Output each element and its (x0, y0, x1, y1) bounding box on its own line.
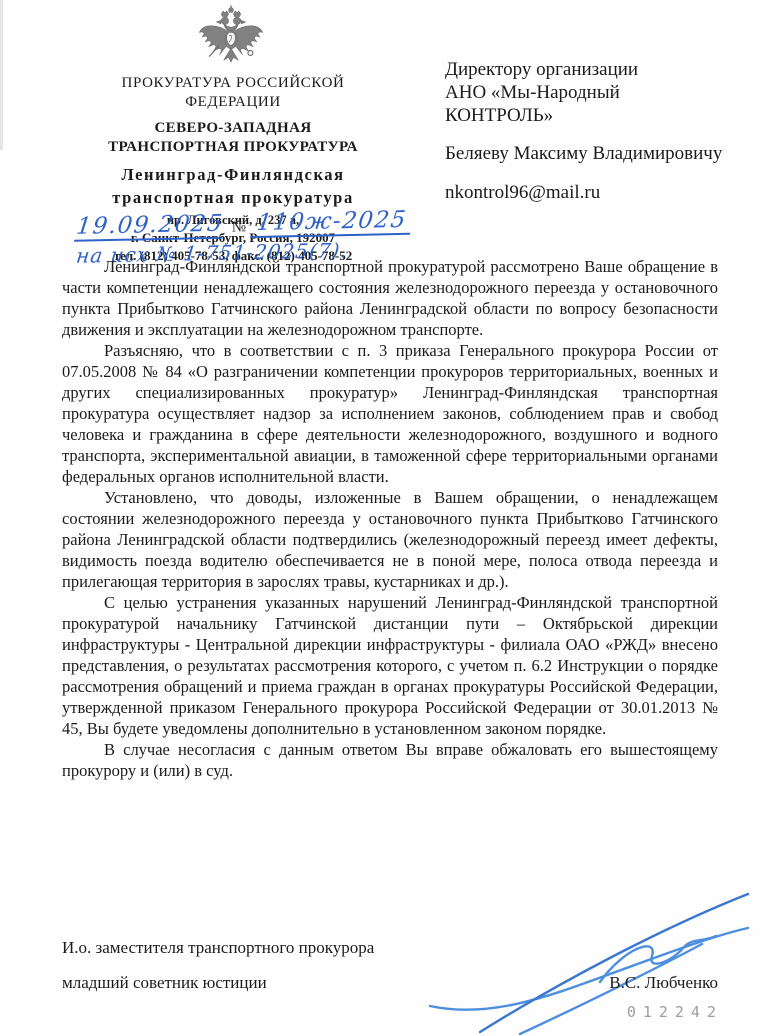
outgoing-date-handwritten: 19.09.2025 (74, 211, 225, 242)
recipient-email: nkontrol96@mail.ru (445, 181, 745, 204)
document-counter-stamp: 012242 (627, 1003, 723, 1021)
recipient-person-name: Беляеву Максиму Владимировичу (445, 142, 745, 165)
body-paragraph-5: В случае несогласия с данным ответом Вы … (62, 739, 718, 781)
signer-position-line1: И.о. заместителя транспортного прокурора (62, 938, 718, 958)
letterhead-office-line2: транспортная прокуратура (48, 186, 418, 209)
coat-of-arms-icon (194, 5, 268, 73)
recipient-org-line2: АНО «Мы-Народный (445, 81, 745, 104)
letterhead-federation-line2: ФЕДЕРАЦИИ (48, 93, 418, 112)
body-paragraph-2: Разъясняю, что в соответствии с п. 3 при… (62, 340, 718, 487)
number-sign-label: № (232, 219, 247, 236)
body-paragraph-1: Ленинград-Финляндской транспортной проку… (62, 256, 718, 340)
scan-artifact-edge (0, 0, 3, 150)
outgoing-number-handwritten: 110ж-2025 (250, 207, 413, 238)
scanned-letter-page: ПРОКУРАТУРА РОССИЙСКОЙ ФЕДЕРАЦИИ СЕВЕРО-… (0, 0, 779, 1036)
letterhead-regional-line2: ТРАНСПОРТНАЯ ПРОКУРАТУРА (48, 138, 418, 157)
letterhead-office-line1: Ленинград-Финляндская (48, 163, 418, 186)
recipient-block: Директору организации АНО «Мы-Народный К… (445, 58, 745, 204)
letter-body: Ленинград-Финляндской транспортной проку… (62, 256, 718, 781)
body-paragraph-4: С целью устранения указанных нарушений Л… (62, 592, 718, 739)
signer-position-line2: младший советник юстиции (62, 973, 267, 993)
signer-name: В.С. Любченко (609, 973, 718, 993)
letterhead-regional-line1: СЕВЕРО-ЗАПАДНАЯ (48, 119, 418, 138)
body-paragraph-3: Установлено, что доводы, изложенные в Ва… (62, 487, 718, 592)
signoff-block: И.о. заместителя транспортного прокурора… (62, 938, 718, 993)
recipient-org-line3: КОНТРОЛЬ» (445, 104, 745, 127)
recipient-org-line1: Директору организации (445, 58, 745, 81)
letterhead-federation-line1: ПРОКУРАТУРА РОССИЙСКОЙ (48, 74, 418, 93)
